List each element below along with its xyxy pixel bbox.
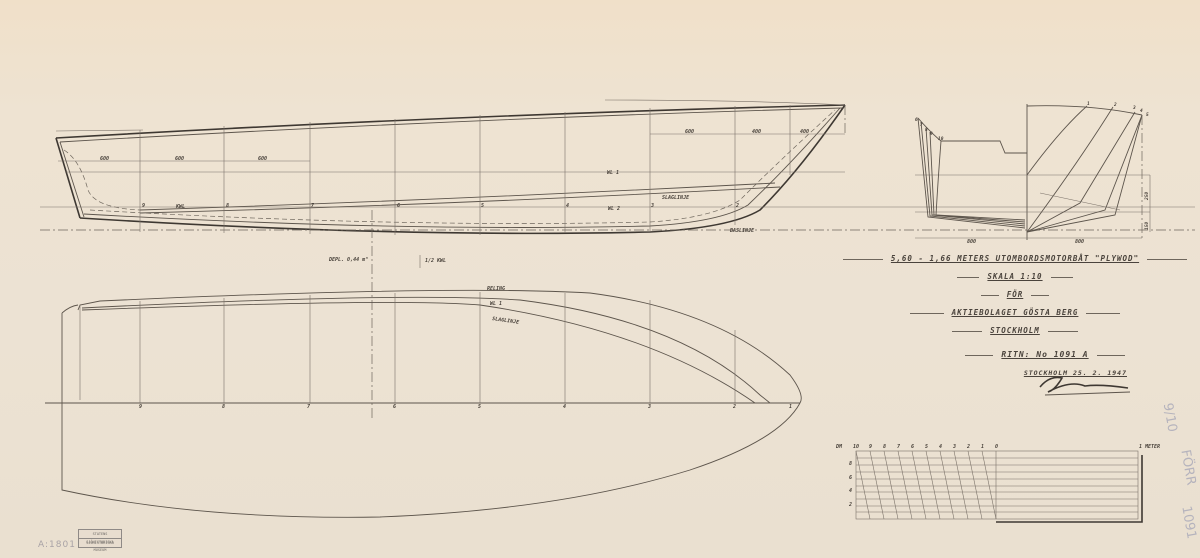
stamp-row: STATENS SJÖHISTORISKA MUSEUM (79, 530, 121, 539)
rule (1051, 277, 1073, 278)
rule (981, 295, 999, 296)
station-label: 3 (1132, 105, 1136, 111)
rule (1147, 259, 1187, 260)
station-label: 4 (563, 404, 566, 410)
client-name: AKTIEBOLAGET GÖSTA BERG (952, 304, 1079, 322)
museum-stamp: STATENS SJÖHISTORISKA MUSEUM SJÖHISTORIS… (78, 529, 122, 548)
station-label: 2 (735, 203, 739, 209)
drawing-title: 5,60 - 1,66 METERS UTOMBORDSMOTORBÅT "PL… (891, 250, 1139, 268)
scale-bar: DM 10 9 8 7 6 5 4 3 2 1 0 1 METER 8 6 4 … (835, 444, 1160, 522)
scale-end-label: 1 METER (1139, 444, 1160, 450)
label-reling: RELING (487, 286, 505, 292)
half-kwl-note: 1/2 KWL (425, 258, 446, 264)
rule (965, 355, 993, 356)
title-row: 5,60 - 1,66 METERS UTOMBORDSMOTORBÅT "PL… (830, 250, 1200, 268)
scale-tick-label: 9 (869, 444, 872, 450)
scale-row-label: 2 (848, 502, 852, 508)
station-label: 3 (647, 404, 651, 410)
station-label: 8 (925, 127, 928, 133)
dim-aft-2: 600 (175, 156, 184, 162)
body-height-dim-1: 250 (1144, 192, 1150, 201)
place-date-row: STOCKHOLM 25. 2. 1947 (955, 364, 1135, 382)
rule (910, 313, 944, 314)
station-label: 5 (478, 404, 481, 410)
scale-tick-label: 5 (925, 444, 928, 450)
rule (952, 331, 982, 332)
scale-tick-label: 1 (981, 444, 984, 450)
station-label: 6 (393, 404, 396, 410)
label-baslinje: BASLINJE (729, 228, 755, 234)
dim-aft-1: 600 (100, 156, 109, 162)
drawing-scale: SKALA 1:10 (987, 268, 1042, 286)
station-label: 8 (226, 203, 229, 209)
for-row: FÖR (830, 286, 1200, 304)
scale-tick-label: 7 (897, 444, 900, 450)
rule (1097, 355, 1125, 356)
scale-tick-label: 2 (966, 444, 970, 450)
body-width-fwd: 800 (1075, 239, 1084, 245)
drawing-number-row: RITN: No 1091 A (955, 346, 1135, 364)
rule (843, 259, 883, 260)
scale-tick-label: 4 (939, 444, 942, 450)
scale-row: SKALA 1:10 (830, 268, 1200, 286)
rule (957, 277, 979, 278)
station-label: 3 (650, 203, 654, 209)
scale-tick-label: 10 (853, 444, 859, 450)
station-label: 5 (481, 203, 484, 209)
for-label: FÖR (1007, 286, 1024, 304)
scale-tick-label: 0 (995, 444, 998, 450)
station-label: 2 (1113, 102, 1117, 108)
body-height-dim-2: 150 (1144, 222, 1150, 230)
scale-row-label: 6 (849, 475, 852, 481)
station-label: 10 (938, 136, 944, 142)
title-block: 5,60 - 1,66 METERS UTOMBORDSMOTORBÅT "PL… (830, 250, 1200, 340)
scale-row-label: 4 (849, 488, 852, 494)
rule (1086, 313, 1120, 314)
station-label: 6 (915, 117, 918, 123)
station-label: 9 (142, 203, 145, 209)
label-wl2: WL 2 (608, 206, 620, 212)
label-wl1-plan: WL 1 (490, 301, 502, 307)
station-label: 9 (930, 131, 933, 137)
station-label: 6 (397, 203, 400, 209)
body-plan: 800 800 250 150 6 7 8 9 10 1 2 3 4 5 (915, 101, 1150, 245)
station-label: 7 (307, 404, 310, 410)
station-label: 2 (732, 404, 736, 410)
dim-aft-3: 600 (258, 156, 267, 162)
label-slaglinje-plan: SLAGLINJE (492, 316, 521, 326)
displacement-note: DEPL. 0,44 m³ (328, 257, 368, 263)
rule (1031, 295, 1049, 296)
station-label: 4 (566, 203, 569, 209)
place-date: STOCKHOLM 25. 2. 1947 (1024, 364, 1127, 382)
city-name: STOCKHOLM (990, 322, 1040, 340)
drawing-number-block: RITN: No 1091 A STOCKHOLM 25. 2. 1947 (955, 346, 1135, 382)
label-wl1: WL 1 (607, 170, 619, 176)
drawing-number: RITN: No 1091 A (1001, 346, 1088, 364)
station-label: 1 (789, 404, 792, 410)
dim-fwd-2: 400 (752, 129, 761, 135)
client-row: AKTIEBOLAGET GÖSTA BERG (830, 304, 1200, 322)
scale-row-label: 8 (849, 461, 852, 467)
station-label: 7 (920, 122, 923, 128)
scale-tick-label: 8 (883, 444, 886, 450)
station-label: 7 (311, 203, 314, 209)
stamp-row: SJÖHISTORISKA (79, 539, 121, 547)
station-label: 1 (1087, 101, 1090, 107)
station-label: 4 (1140, 108, 1143, 114)
scale-tick-label: 3 (952, 444, 956, 450)
dim-fwd-3: 400 (800, 129, 809, 135)
scale-tick-label: DM (835, 444, 843, 450)
label-kwl: KWL (175, 204, 185, 210)
station-label: 5 (1146, 112, 1149, 118)
station-label: 8 (222, 404, 225, 410)
scale-tick-label: 6 (911, 444, 914, 450)
plan-view: DEPL. 0,44 m³ 1/2 KWL RELING WL 1 SLAGLI… (45, 255, 801, 517)
rule (1048, 331, 1078, 332)
dim-fwd-1: 600 (685, 129, 694, 135)
archive-number: A:1801 (38, 540, 76, 550)
body-width-aft: 800 (967, 239, 976, 245)
station-label: 9 (139, 404, 142, 410)
city-row: STOCKHOLM (830, 322, 1200, 340)
drawing-sheet: 600 600 600 600 400 400 WL 1 KWL WL 2 SL… (0, 0, 1200, 558)
label-slaglinje: SLAGLINJE (662, 195, 690, 201)
